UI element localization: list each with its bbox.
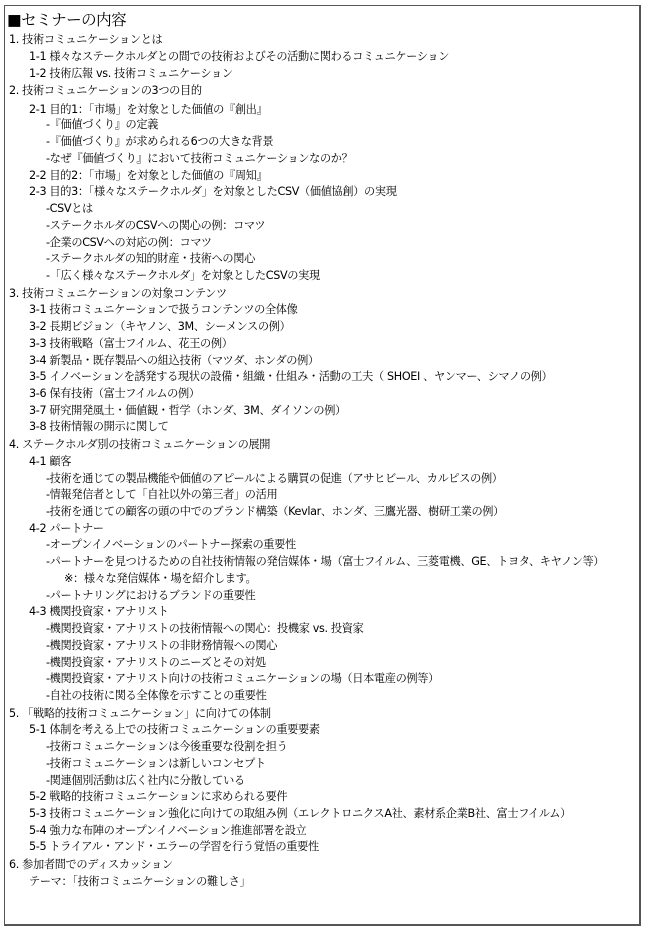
subsection-item: 5-4 強力な布陣のオープンイノベーション推進部署を設立 (29, 822, 306, 838)
subsection-item: 2-1 目的1：「市場」を対象とした価値の『創出』 (29, 101, 267, 117)
section-heading: 1. 技術コミュニケーションとは (9, 31, 162, 47)
section-heading: 2. 技術コミュニケーションの3つの目的 (9, 82, 202, 98)
bullet-item: -機関投資家・アナリスト向けの技術コミュニケーションの場（日本電産の例等） (46, 670, 439, 686)
bullet-item: -機関投資家・アナリストの技術情報への関心：投機家 vs. 投資家 (46, 620, 363, 636)
bullet-item: -情報発信者として「自社以外の第三者」の活用 (46, 486, 277, 502)
subsection-item: 4-2 パートナー (29, 520, 104, 536)
bullet-item: -「広く様々なステークホルダ」を対象としたCSVの実現 (46, 267, 320, 283)
bullet-item: -『価値づくり』の定義 (46, 116, 158, 132)
subsection-item: 3-1 技術コミュニケーションで扱うコンテンツの全体像 (29, 301, 297, 317)
bullet-item: -技術コミュニケーションは新しいコンセプト (46, 755, 266, 771)
bullet-item: -なぜ『価値づくり』において技術コミュニケーションなのか？ (46, 150, 352, 166)
bullet-item: -『価値づくり』が求められる6つの大きな背景 (46, 133, 273, 149)
bullet-item: -オープンイノベーションのパートナー探索の重要性 (46, 536, 296, 552)
subsection-item: 3-6 保有技術（富士フイルムの例） (29, 385, 200, 401)
subsection-item: 3-3 技術戦略（富士フイルム、花王の例） (29, 335, 233, 351)
bullet-item: -技術を通じての顧客の頭の中でのブランド構築（Kevlar、ホンダ、三鷹光器、樹… (46, 503, 504, 519)
bullet-item: -関連個別活動は広く社内に分散している (46, 772, 245, 788)
section-heading: 3. 技術コミュニケーションの対象コンテンツ (9, 285, 227, 301)
subsection-item: 2-3 目的3：「様々なステークホルダ」を対象としたCSV（価値協創）の実現 (29, 183, 397, 199)
bullet-item: -ステークホルダの知的財産・技術への関心 (46, 250, 255, 266)
subsection-item: 5-1 体制を考える上での技術コミュニケーションの重要要素 (29, 721, 320, 737)
subsection-item: 4-3 機関投資家・アナリスト (29, 603, 168, 619)
subsection-item: 1-2 技術広報 vs. 技術コミュニケーション (29, 65, 233, 81)
subsection-item: 2-2 目的2：「市場」を対象とした価値の『周知』 (29, 167, 267, 183)
bullet-item: -パートナーを見つけるための自社技術情報の発信媒体・場（富士フイルム、三菱電機、… (46, 553, 604, 569)
subsection-item: 3-2 長期ビジョン（キヤノン、3M、シーメンスの例） (29, 318, 290, 334)
section-heading: 5. 「戦略的技術コミュニケーション」に向けての体制 (9, 705, 271, 721)
subsection-item: 3-7 研究開発風土・価値観・哲学（ホンダ、3M、ダイソンの例） (29, 402, 346, 418)
subsection-item: テーマ：「技術コミュニケーションの難しさ」 (29, 873, 250, 889)
subsection-item: 3-5 イノベーションを誘発する現状の設備・組織・仕組み・活動の工夫（ SHOE… (29, 368, 552, 384)
page-title: ■セミナーの内容 (7, 8, 126, 30)
subsection-item: 3-4 新製品・既存製品への組込技術（マツダ、ホンダの例） (29, 352, 319, 368)
subsection-item: 4-1 顧客 (29, 453, 71, 469)
bullet-item: -自社の技術に関る全体像を示すことの重要性 (46, 687, 266, 703)
subsection-item: 3-8 技術情報の開示に関して (29, 418, 169, 434)
subsection-item: 5-5 トライアル・アンド・エラーの学習を行う覚悟の重要性 (29, 838, 319, 854)
section-heading: 6. 参加者間でのディスカッション (9, 856, 173, 872)
bullet-item: -機関投資家・アナリストのニーズとその対処 (46, 654, 266, 670)
bullet-item: -CSVとは (46, 200, 93, 216)
bullet-item: ※：様々な発信媒体・場を紹介します。 (64, 570, 256, 586)
subsection-item: 5-2 戦略的技術コミュニケーションに求められる要件 (29, 788, 287, 804)
section-heading: 4. ステークホルダ別の技術コミュニケーションの展開 (9, 436, 270, 452)
bullet-item: -パートナリングにおけるブランドの重要性 (46, 587, 255, 603)
subsection-item: 5-3 技術コミュニケーション強化に向けての取組み例（エレクトロニクスA社、素材… (29, 805, 571, 821)
bullet-item: -企業のCSVへの対応の例：コマツ (46, 234, 212, 250)
bullet-item: -ステークホルダのCSVへの関心の例：コマツ (46, 217, 265, 233)
bullet-item: -機関投資家・アナリストの非財務情報への関心 (46, 637, 277, 653)
subsection-item: 1-1 様々なステークホルダとの間での技術およびその活動に関わるコミュニケーショ… (29, 48, 449, 64)
bullet-item: -技術コミュニケーションは今後重要な役割を担う (46, 738, 287, 754)
bullet-item: -技術を通じての製品機能や価値のアピールによる購買の促進（アサヒビール、カルピス… (46, 470, 503, 486)
